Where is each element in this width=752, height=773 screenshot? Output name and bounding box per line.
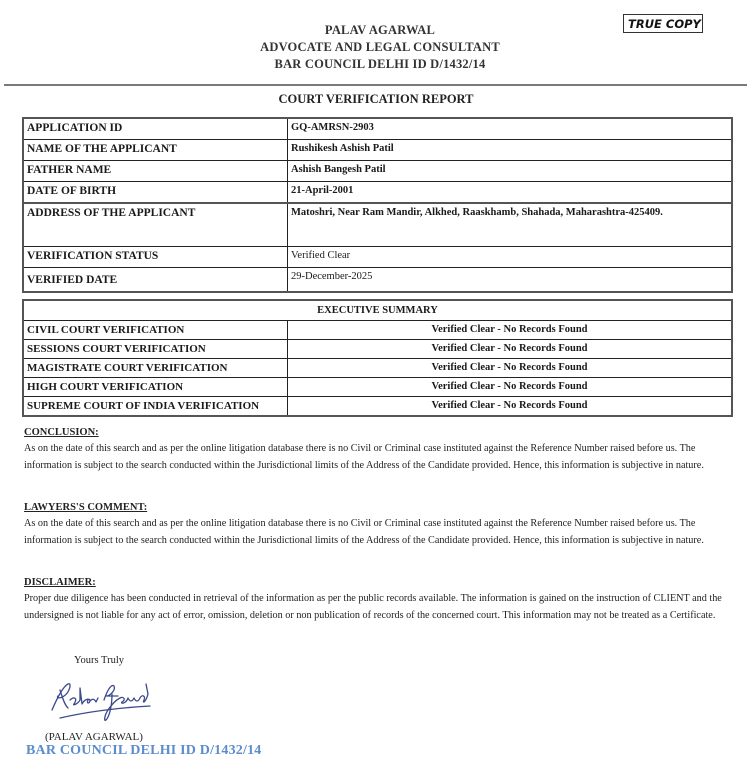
table-row: VERIFICATION STATUS Verified Clear <box>23 247 732 268</box>
advocate-bar-id: BAR COUNCIL DELHI ID D/1432/14 <box>8 56 752 73</box>
field-label: ADDRESS OF THE APPLICANT <box>23 203 288 247</box>
header-divider <box>4 84 747 86</box>
lawyers-comment-text: As on the date of this search and as per… <box>24 516 724 549</box>
table-row: APPLICATION ID GQ-AMRSN-2903 <box>23 118 732 140</box>
applicant-info-table: APPLICATION ID GQ-AMRSN-2903 NAME OF THE… <box>22 117 733 293</box>
closing-salutation: Yours Truly <box>74 655 124 666</box>
field-label: FATHER NAME <box>23 161 288 182</box>
disclaimer-section: DISCLAIMER: Proper due diligence has bee… <box>24 575 724 624</box>
field-label: NAME OF THE APPLICANT <box>23 140 288 161</box>
application-id-value: GQ-AMRSN-2903 <box>288 118 733 140</box>
court-result: Verified Clear - No Records Found <box>288 321 733 340</box>
table-row: CIVIL COURT VERIFICATION Verified Clear … <box>23 321 732 340</box>
court-result: Verified Clear - No Records Found <box>288 359 733 378</box>
conclusion-heading: CONCLUSION: <box>24 425 724 441</box>
field-label: APPLICATION ID <box>23 118 288 140</box>
executive-summary-table: EXECUTIVE SUMMARY CIVIL COURT VERIFICATI… <box>22 299 733 417</box>
table-row: SESSIONS COURT VERIFICATION Verified Cle… <box>23 340 732 359</box>
field-label: VERIFICATION STATUS <box>23 247 288 268</box>
conclusion-text: As on the date of this search and as per… <box>24 441 724 474</box>
signatory-name: (PALAV AGARWAL) <box>45 731 143 743</box>
verified-date-value: 29-December-2025 <box>288 268 733 293</box>
lawyers-comment-heading: LAWYERS'S COMMENT: <box>24 500 724 516</box>
signature-icon <box>46 674 156 732</box>
applicant-name-value: Rushikesh Ashish Patil <box>288 140 733 161</box>
table-row: MAGISTRATE COURT VERIFICATION Verified C… <box>23 359 732 378</box>
disclaimer-text: Proper due diligence has been conducted … <box>24 591 724 624</box>
court-label: MAGISTRATE COURT VERIFICATION <box>23 359 288 378</box>
true-copy-stamp: TRUE COPY <box>623 14 703 33</box>
signatory-bar-id: BAR COUNCIL DELHI ID D/1432/14 <box>26 743 261 759</box>
court-label: SUPREME COURT OF INDIA VERIFICATION <box>23 397 288 417</box>
dob-value: 21-April-2001 <box>288 182 733 204</box>
field-label: VERIFIED DATE <box>23 268 288 293</box>
table-row: FATHER NAME Ashish Bangesh Patil <box>23 161 732 182</box>
table-row: ADDRESS OF THE APPLICANT Matoshri, Near … <box>23 203 732 247</box>
court-result: Verified Clear - No Records Found <box>288 378 733 397</box>
address-value: Matoshri, Near Ram Mandir, Alkhed, Raask… <box>288 203 733 247</box>
table-header-row: EXECUTIVE SUMMARY <box>23 300 732 321</box>
lawyers-comment-section: LAWYERS'S COMMENT: As on the date of thi… <box>24 500 724 549</box>
table-row: VERIFIED DATE 29-December-2025 <box>23 268 732 293</box>
court-result: Verified Clear - No Records Found <box>288 340 733 359</box>
table-row: DATE OF BIRTH 21-April-2001 <box>23 182 732 204</box>
verification-status-value: Verified Clear <box>288 247 733 268</box>
father-name-value: Ashish Bangesh Patil <box>288 161 733 182</box>
executive-summary-title: EXECUTIVE SUMMARY <box>23 300 732 321</box>
court-label: SESSIONS COURT VERIFICATION <box>23 340 288 359</box>
advocate-designation: ADVOCATE AND LEGAL CONSULTANT <box>8 39 752 56</box>
table-row: HIGH COURT VERIFICATION Verified Clear -… <box>23 378 732 397</box>
report-title: COURT VERIFICATION REPORT <box>0 92 752 107</box>
court-label: HIGH COURT VERIFICATION <box>23 378 288 397</box>
table-row: SUPREME COURT OF INDIA VERIFICATION Veri… <box>23 397 732 417</box>
table-row: NAME OF THE APPLICANT Rushikesh Ashish P… <box>23 140 732 161</box>
court-result: Verified Clear - No Records Found <box>288 397 733 417</box>
court-label: CIVIL COURT VERIFICATION <box>23 321 288 340</box>
field-label: DATE OF BIRTH <box>23 182 288 204</box>
conclusion-section: CONCLUSION: As on the date of this searc… <box>24 425 724 474</box>
disclaimer-heading: DISCLAIMER: <box>24 575 724 591</box>
